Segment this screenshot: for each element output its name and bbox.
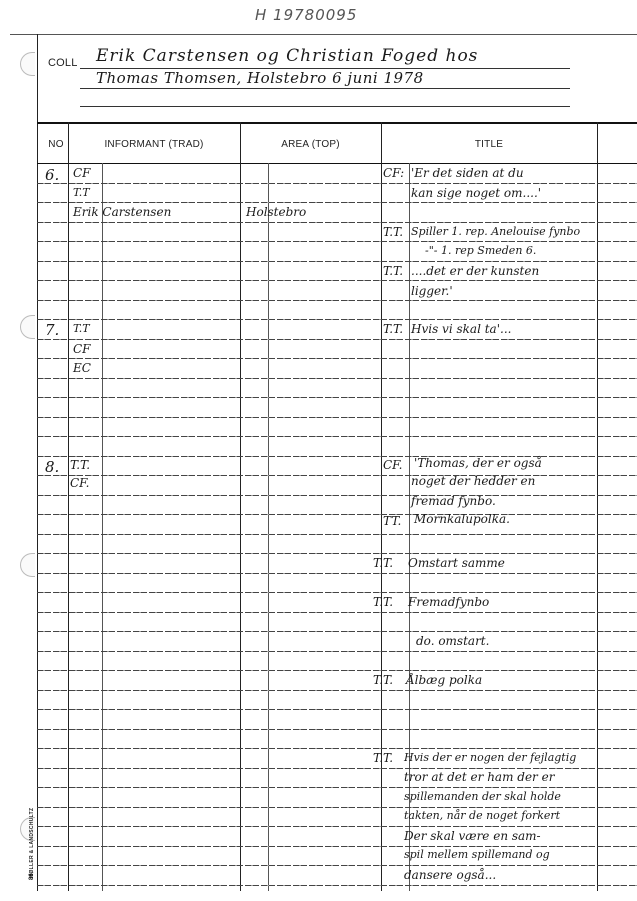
- title-cell: Hvis der er nogen der fejlagtig: [404, 751, 576, 764]
- row-rule: [37, 748, 637, 749]
- title-cell: Hvis vi skal ta'...: [411, 322, 511, 336]
- title-cell: takten, når de noget forkert: [404, 809, 560, 822]
- row-rule: [37, 436, 637, 437]
- speaker-cell: T.T.: [373, 595, 393, 609]
- row-rule: [37, 378, 637, 379]
- row-rule: [37, 475, 637, 476]
- row-rule: [37, 631, 637, 632]
- row-rule: [37, 280, 637, 281]
- col-divider-informant: [240, 122, 241, 891]
- row-rule: [37, 241, 637, 242]
- title-cell: tror at det er ham der er: [404, 770, 554, 784]
- title-cell: Mornkalupolka.: [414, 512, 510, 526]
- row-rule: [37, 222, 637, 223]
- speaker-cell: CF:: [383, 166, 404, 180]
- col-divider-title: [597, 122, 598, 891]
- speaker-cell: T.T.: [383, 322, 403, 336]
- row-rule: [37, 183, 637, 184]
- informant-cell: CF.: [70, 476, 89, 490]
- area-cell: Holstebro: [246, 205, 306, 219]
- speaker-cell: T.T.: [373, 673, 393, 687]
- top-rule: [10, 34, 637, 35]
- coll-text-line-1: Erik Carstensen og Christian Foged hos: [96, 46, 478, 66]
- header-title: TITLE: [381, 139, 597, 150]
- coll-line-3: [80, 106, 570, 107]
- row-rule: [37, 397, 637, 398]
- header-informant: INFORMANT (TRAD): [68, 139, 240, 150]
- speaker-cell: T.T.: [373, 751, 393, 765]
- title-cell: Spiller 1. rep. Anelouise fynbo: [411, 225, 580, 238]
- speaker-cell: T.T.: [383, 225, 403, 239]
- col-divider-informant-inner: [102, 163, 103, 891]
- coll-label: COLL: [48, 57, 78, 69]
- page-code: 86: [29, 873, 35, 880]
- informant-cell: T.T.: [70, 458, 90, 472]
- speaker-cell: CF.: [383, 458, 402, 472]
- row-rule: [37, 495, 637, 496]
- punch-hole: [20, 52, 35, 76]
- punch-hole: [20, 553, 35, 577]
- coll-line-2: [80, 88, 570, 89]
- title-cell: noget der hedder en: [411, 474, 535, 488]
- informant-cell: Erik Carstensen: [73, 205, 171, 219]
- table-top-border: [37, 122, 637, 124]
- row-rule: [37, 709, 637, 710]
- row-rule: [37, 826, 637, 827]
- title-cell: do. omstart.: [416, 634, 489, 648]
- informant-cell: EC: [73, 361, 91, 375]
- title-cell: spil mellem spillemand og: [404, 848, 550, 861]
- row-rule: [37, 202, 637, 203]
- row-rule: [37, 553, 637, 554]
- row-rule: [37, 807, 637, 808]
- title-cell: Fremadfynbo: [408, 595, 489, 609]
- row-rule: [37, 846, 637, 847]
- informant-cell: T.T: [73, 186, 90, 199]
- entry-no: 7.: [45, 321, 59, 339]
- col-divider-area: [381, 122, 382, 891]
- informant-cell: CF: [73, 166, 91, 180]
- row-rule: [37, 573, 637, 574]
- row-rule: [37, 534, 637, 535]
- row-rule: [37, 300, 637, 301]
- row-rule: [37, 339, 637, 340]
- header-area: AREA (TOP): [240, 139, 381, 150]
- row-rule: [37, 456, 637, 457]
- title-cell: fremad fynbo.: [411, 494, 496, 508]
- header-no: NO: [44, 139, 68, 150]
- row-rule: [37, 417, 637, 418]
- row-rule: [37, 358, 637, 359]
- speaker-cell: T.T.: [373, 556, 393, 570]
- title-cell: dansere også...: [404, 868, 496, 882]
- row-rule: [37, 651, 637, 652]
- row-rule: [37, 865, 637, 866]
- speaker-cell: T.T.: [383, 264, 403, 278]
- coll-text-line-2: Thomas Thomsen, Holstebro 6 juni 1978: [96, 69, 424, 87]
- row-rule: [37, 514, 637, 515]
- row-rule: [37, 612, 637, 613]
- col-divider-area-inner: [268, 163, 269, 891]
- entry-no: 6.: [45, 166, 59, 184]
- row-rule: [37, 690, 637, 691]
- row-rule: [37, 768, 637, 769]
- informant-cell: T.T: [73, 322, 90, 335]
- title-cell: kan sige noget om....': [411, 186, 541, 200]
- speaker-cell: TT.: [383, 514, 401, 528]
- entry-no: 8.: [45, 458, 59, 476]
- title-cell: Omstart samme: [408, 556, 505, 570]
- col-divider-no: [68, 122, 69, 891]
- title-cell: -"- 1. rep Smeden 6.: [425, 244, 536, 257]
- row-rule: [37, 670, 637, 671]
- title-cell: 'Thomas, der er også: [414, 456, 542, 470]
- archive-reference-number: H 19780095: [255, 6, 357, 24]
- title-cell: ....det er der kunsten: [411, 264, 539, 278]
- title-cell: ligger.': [411, 284, 453, 298]
- title-cell: Ålbæg polka: [406, 673, 482, 687]
- title-cell: 'Er det siden at du: [411, 166, 524, 180]
- informant-cell: CF: [73, 342, 91, 356]
- row-rule: [37, 319, 637, 320]
- title-cell: Der skal være en sam-: [404, 829, 541, 843]
- row-rule: [37, 261, 637, 262]
- punch-hole: [20, 315, 35, 339]
- row-rule: [37, 592, 637, 593]
- title-cell: spillemanden der skal holde: [404, 790, 561, 803]
- row-rule: [37, 787, 637, 788]
- printer-mark: MØLLER & LANDSCHULTZ: [29, 808, 35, 878]
- row-rule: [37, 885, 637, 886]
- header-bottom-border: [37, 163, 637, 164]
- row-rule: [37, 729, 637, 730]
